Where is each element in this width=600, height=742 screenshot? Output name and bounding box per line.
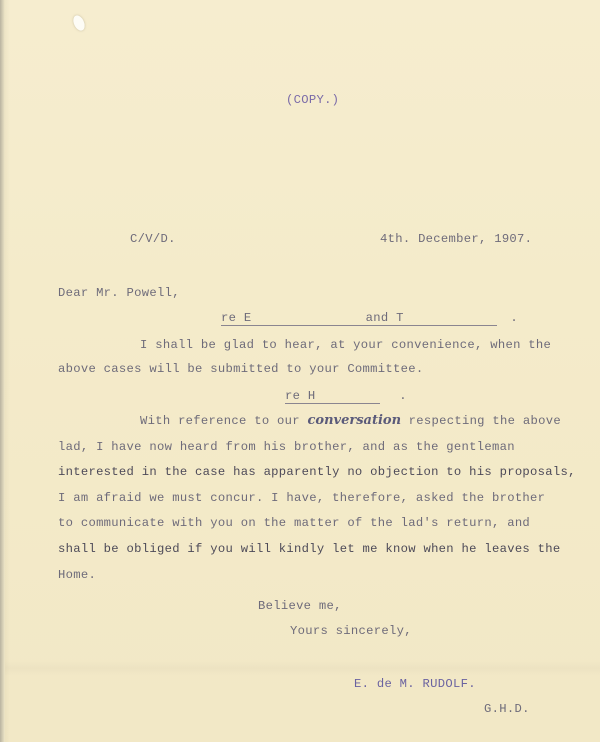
paper-edge	[0, 0, 5, 742]
copy-mark: (COPY.)	[286, 93, 339, 107]
signature: E. de M. RUDOLF.	[354, 677, 476, 691]
paragraph-1-line-1: I shall be glad to hear, at your conveni…	[140, 338, 551, 352]
reference-code: C/V/D.	[130, 232, 176, 246]
paragraph-2-line-1-start: With reference to our	[140, 414, 308, 428]
subject-underline-2	[285, 403, 380, 404]
paragraph-2-line-7: Home.	[58, 568, 96, 582]
paragraph-2-line-3: interested in the case has apparently no…	[58, 465, 576, 479]
closing-line-2: Yours sincerely,	[290, 624, 412, 638]
punch-hole	[71, 14, 87, 33]
paragraph-2-line-6: shall be obliged if you will kindly let …	[58, 542, 561, 556]
typist-initials: G.H.D.	[484, 702, 530, 716]
subject-line-1: re E and T .	[221, 311, 518, 325]
salutation: Dear Mr. Powell,	[58, 286, 180, 300]
paragraph-1-line-2: above cases will be submitted to your Co…	[58, 362, 423, 376]
handwritten-word: conversation	[308, 413, 402, 428]
paragraph-2-line-1: With reference to our conversation respe…	[140, 413, 561, 428]
letter-page: (COPY.) C/V/D. 4th. December, 1907. Dear…	[0, 0, 600, 742]
paragraph-2-line-2: lad, I have now heard from his brother, …	[58, 440, 515, 454]
closing-line-1: Believe me,	[258, 599, 342, 613]
letter-date: 4th. December, 1907.	[380, 232, 532, 246]
paragraph-2-line-1-end: respecting the above	[401, 414, 561, 428]
paragraph-2-line-5: to communicate with you on the matter of…	[58, 516, 530, 530]
subject-line-2: re H .	[285, 389, 407, 403]
paragraph-2-line-4: I am afraid we must concur. I have, ther…	[58, 491, 545, 505]
subject-underline-1	[221, 325, 497, 326]
